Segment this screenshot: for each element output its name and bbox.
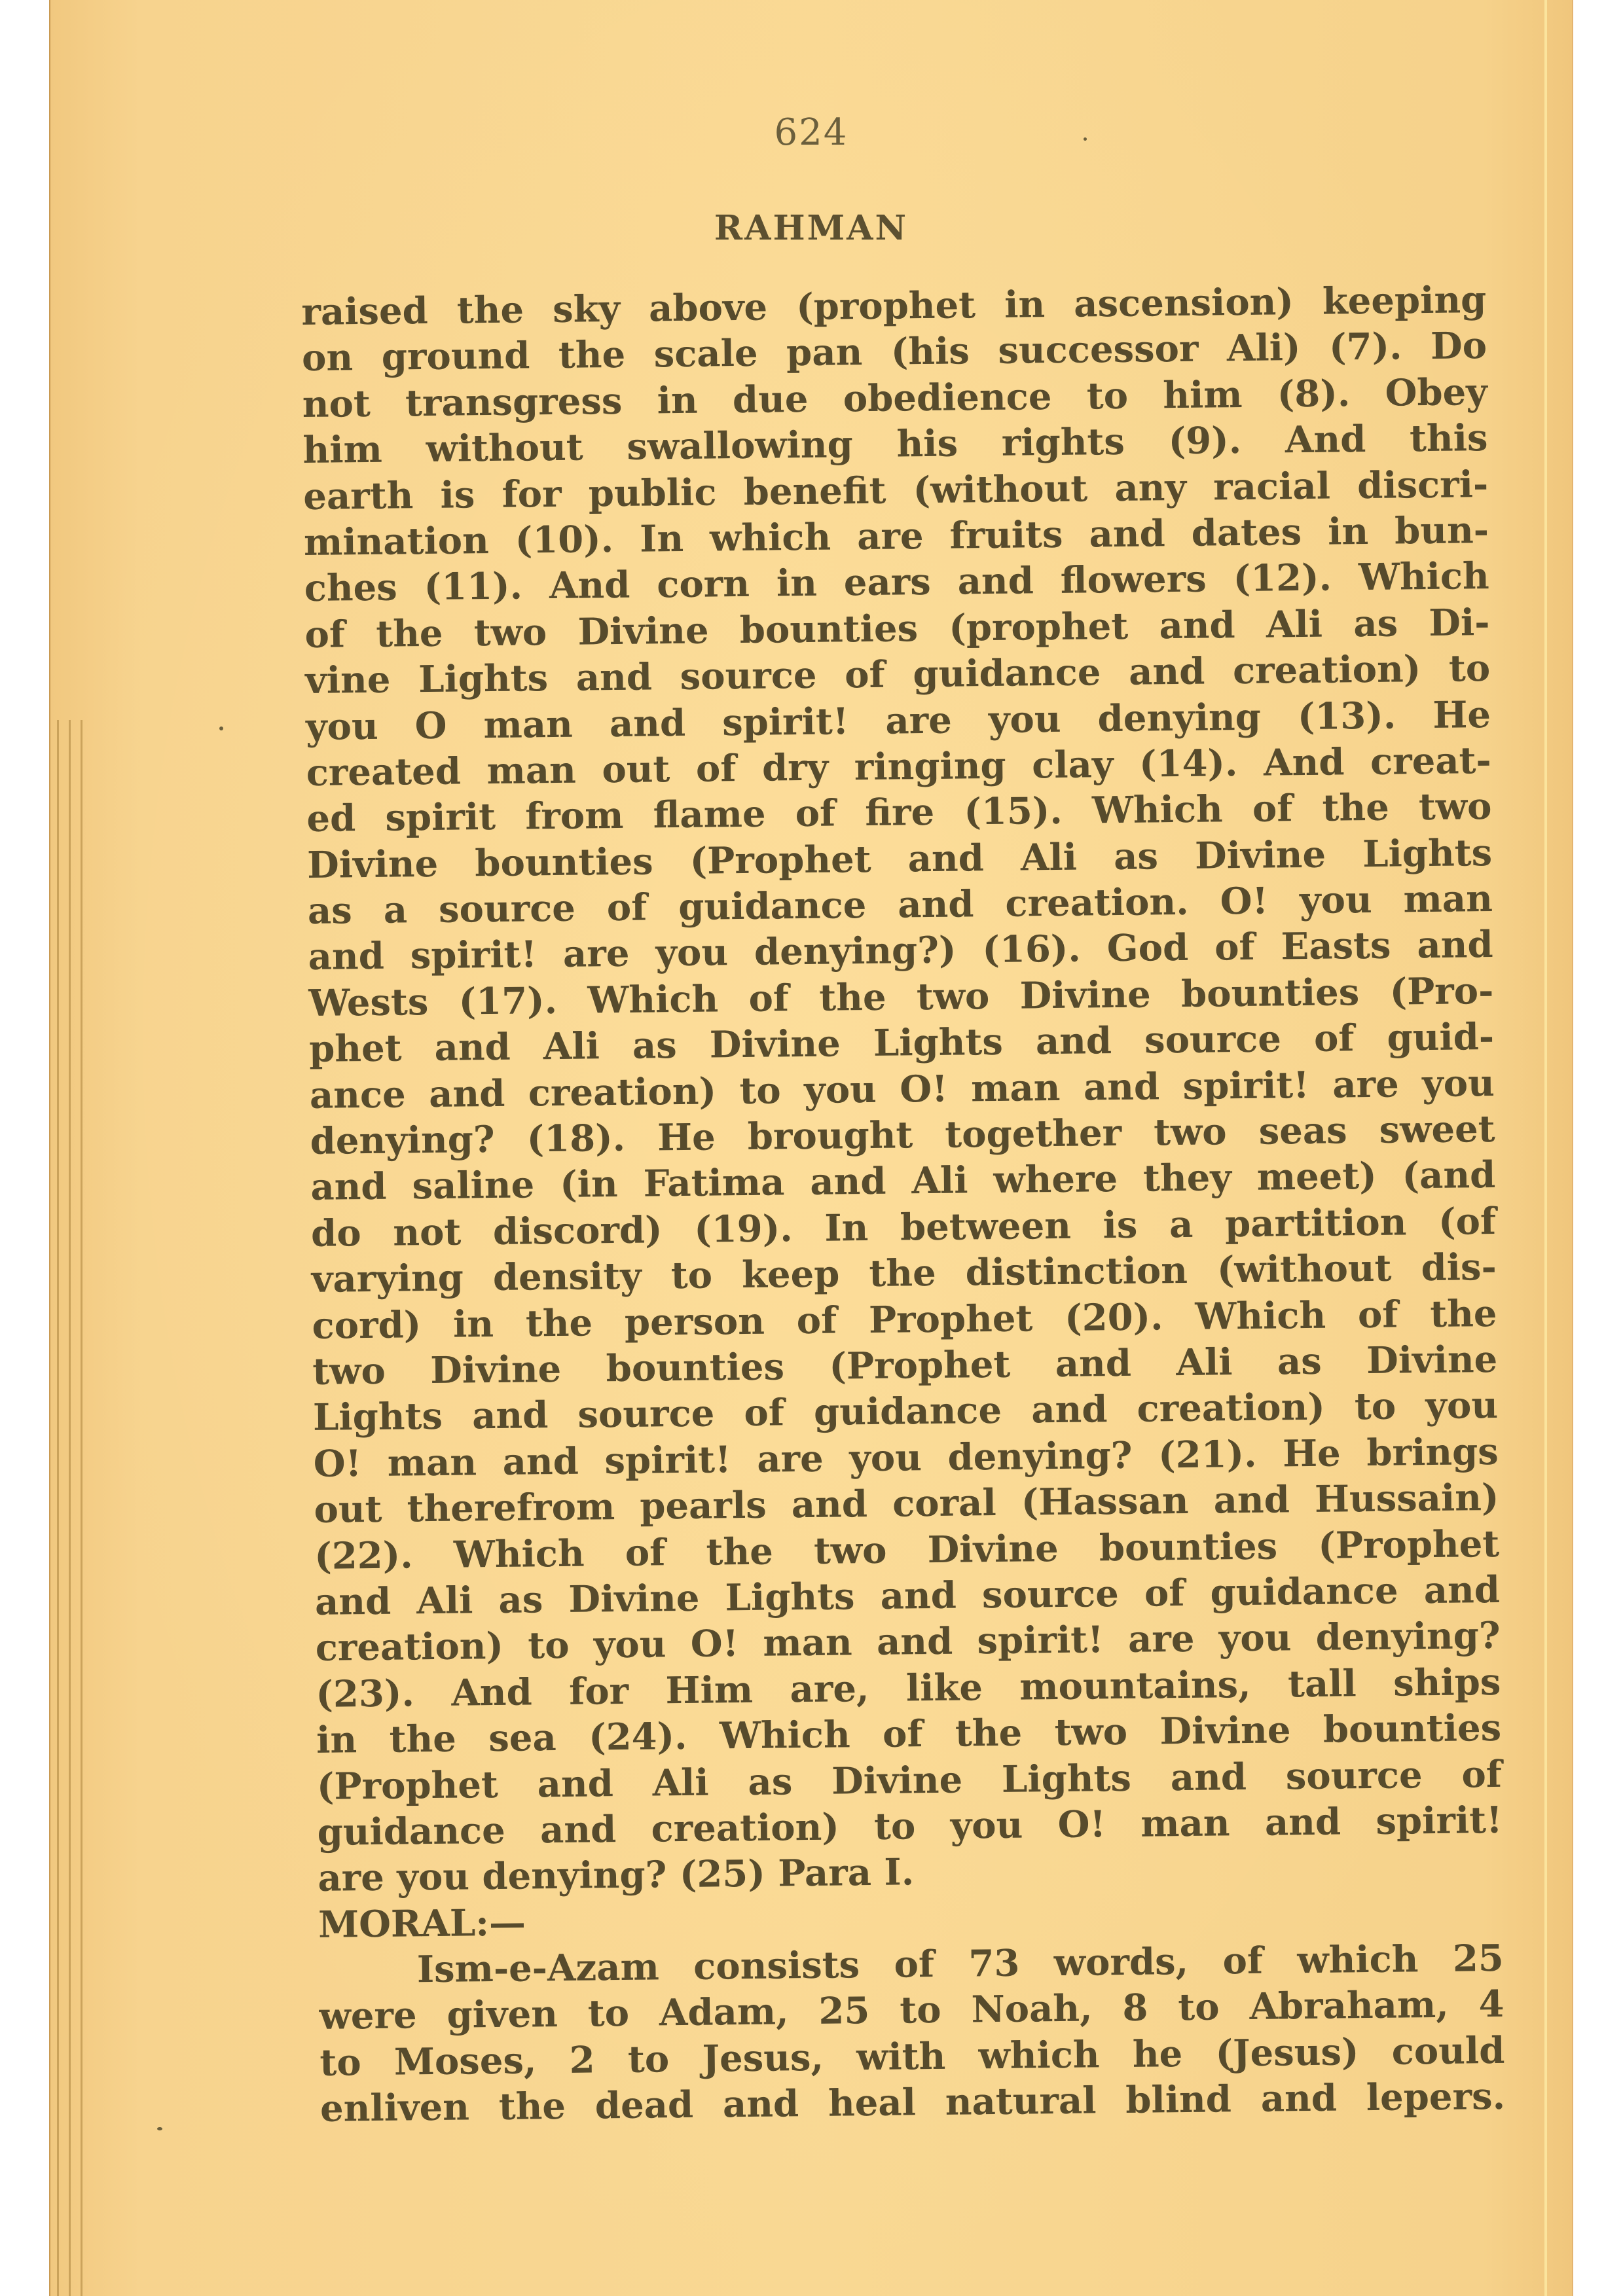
binding-edge-lines [54,720,94,2296]
ink-speck [1084,137,1087,141]
book-page: 624 RAHMAN raised the sky above (prophet… [49,0,1573,2296]
body-text: raised the sky above (prophet in ascensi… [301,276,1564,2132]
ink-speck [219,726,223,730]
chapter-title: RAHMAN [49,208,1573,248]
ink-speck [157,2127,162,2130]
page-number: 624 [49,111,1573,154]
